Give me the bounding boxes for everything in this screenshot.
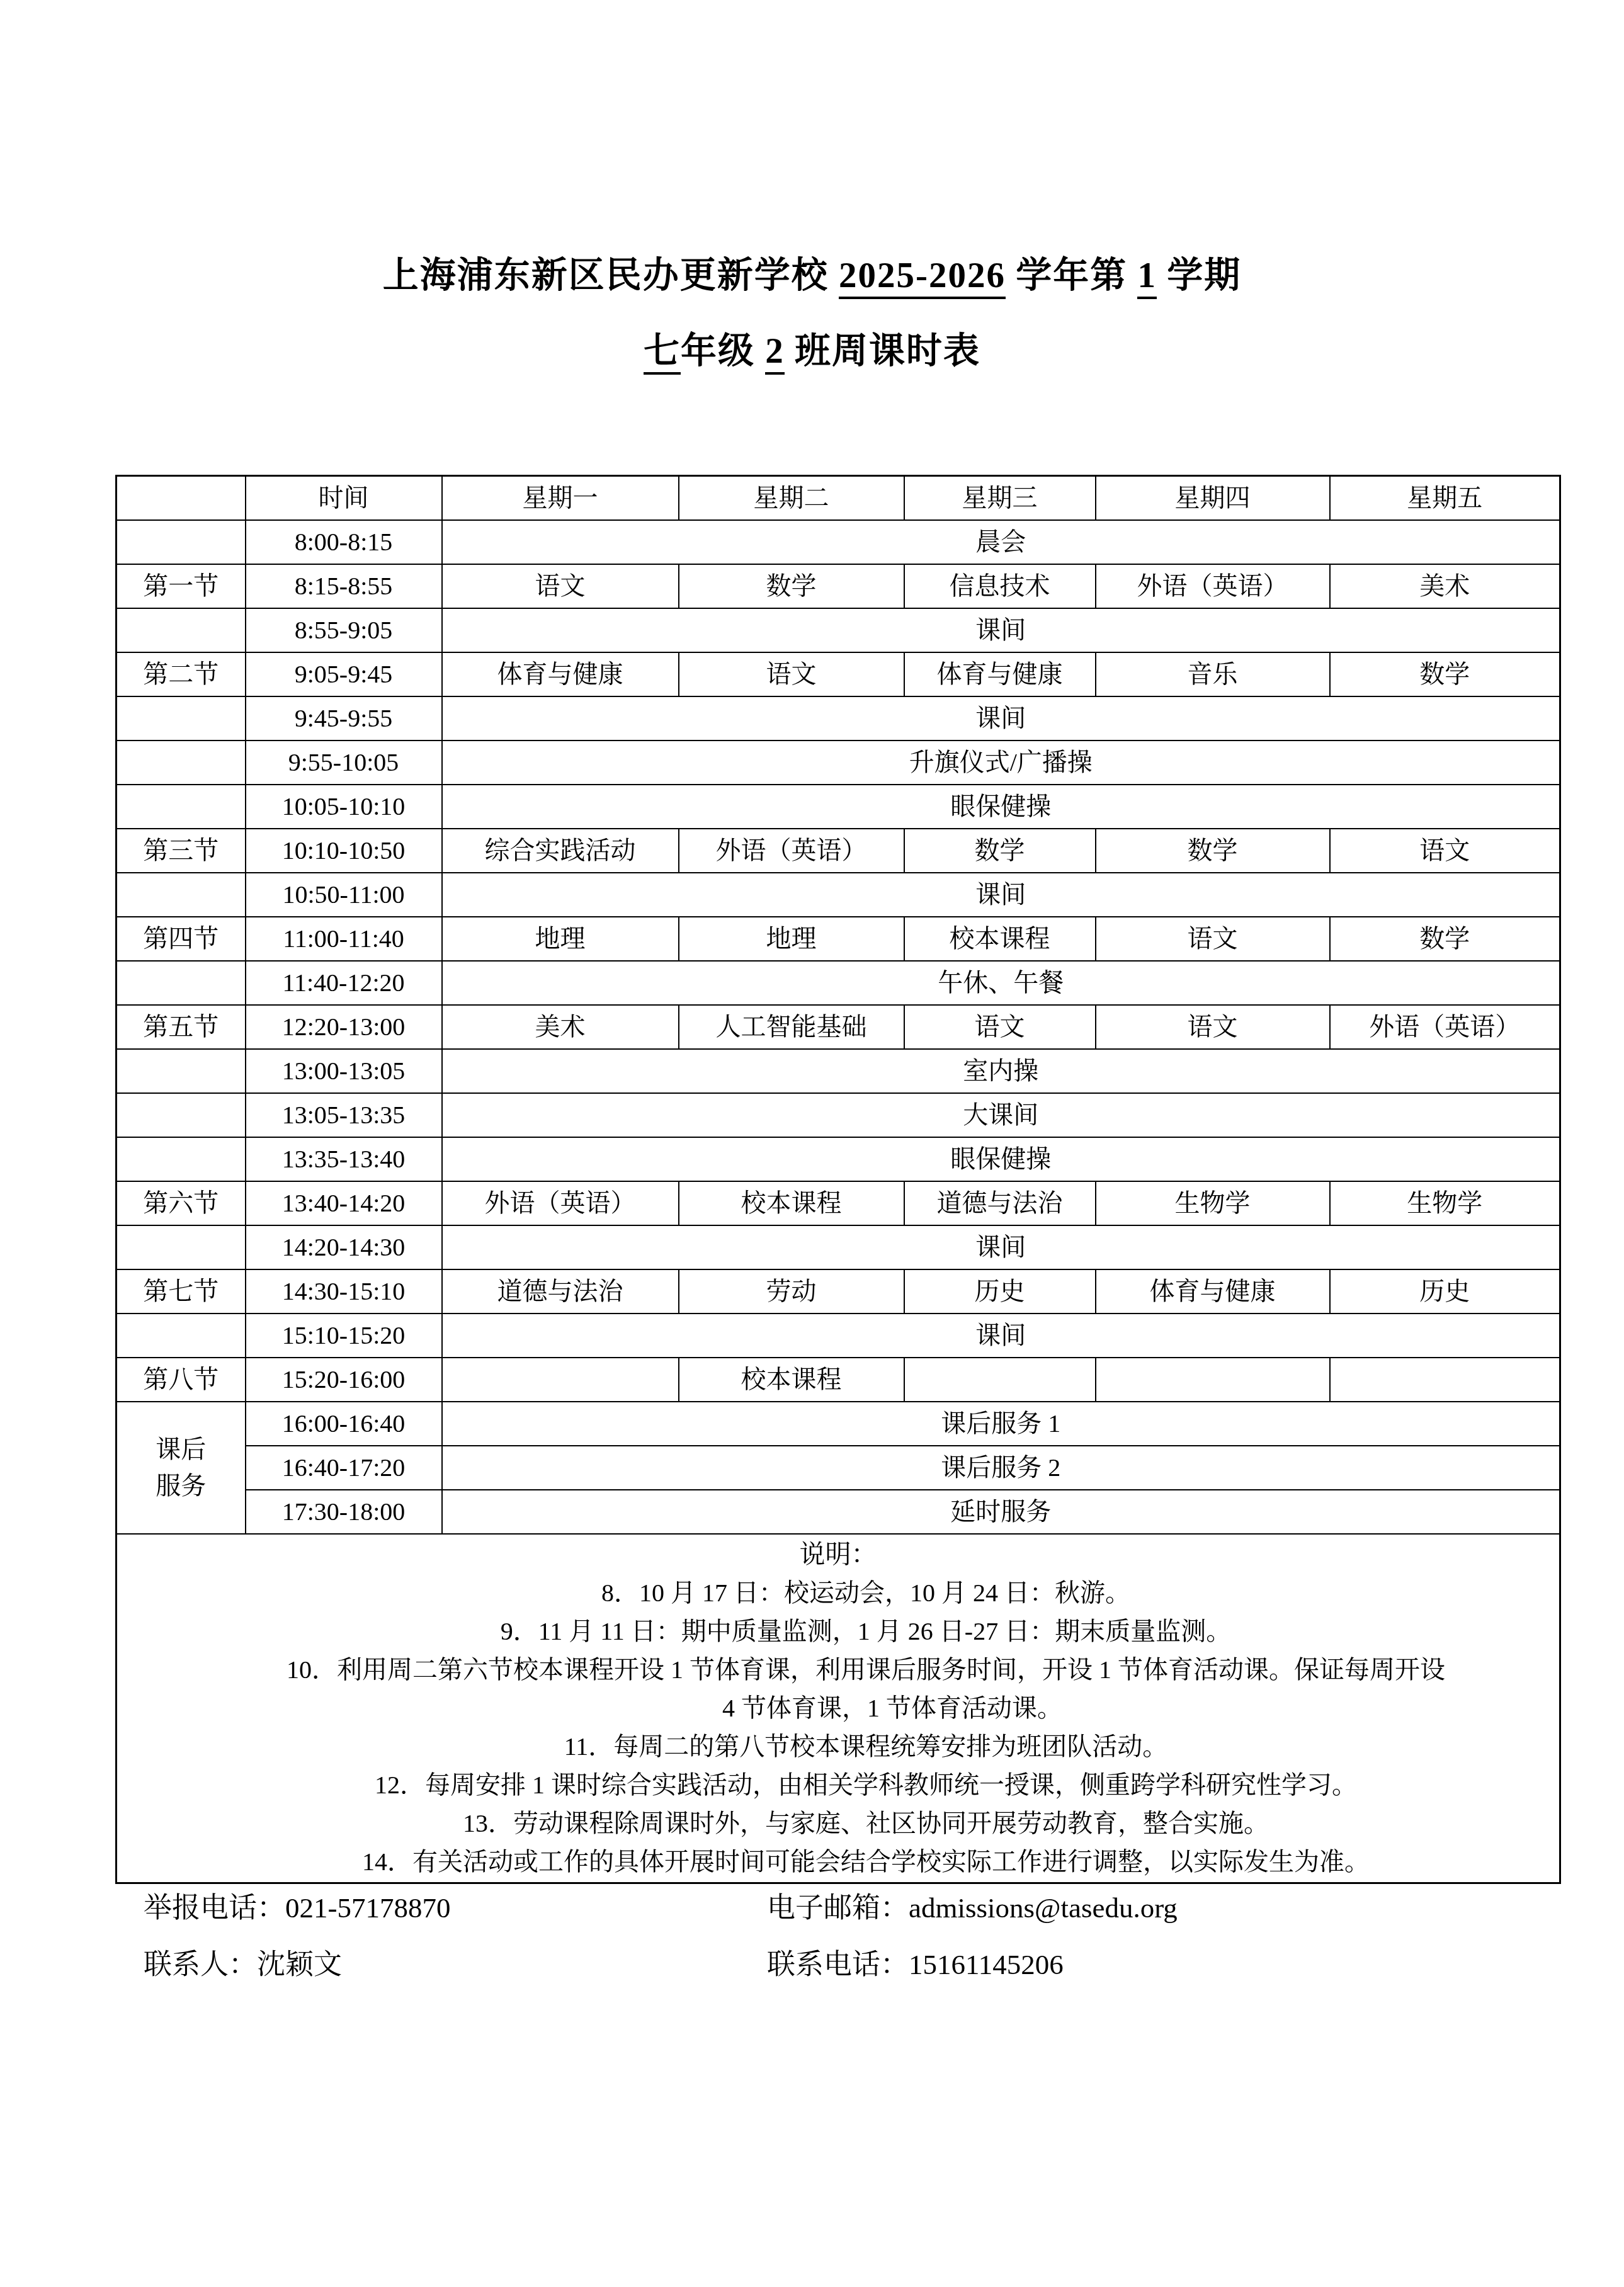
section-cell: 第三节 xyxy=(116,829,246,873)
notes-label: 说明： xyxy=(117,1535,1559,1574)
note-item: 9．11 月 11 日：期中质量监测，1 月 26 日-27 日：期末质量监测。 xyxy=(173,1612,1559,1650)
note-item: 10．利用周二第六节校本课程开设 1 节体育课，利用课后服务时间，开设 1 节体… xyxy=(173,1650,1559,1689)
timetable-row: 17:30-18:00延时服务 xyxy=(116,1490,1560,1534)
subject-cell xyxy=(442,1358,679,1402)
day-header-cell: 星期五 xyxy=(1330,476,1560,520)
subject-cell: 美术 xyxy=(442,1005,679,1049)
activity-cell: 课间 xyxy=(442,608,1560,652)
time-cell: 10:05-10:10 xyxy=(246,785,442,829)
timetable-row: 13:05-13:35大课间 xyxy=(116,1093,1560,1137)
title-part: 学年第 xyxy=(1006,256,1138,295)
timetable-row: 14:20-14:30课间 xyxy=(116,1225,1560,1269)
subject-cell: 道德与法治 xyxy=(442,1269,679,1314)
subject-cell: 语文 xyxy=(679,652,904,696)
time-cell: 13:00-13:05 xyxy=(246,1049,442,1093)
subject-cell: 历史 xyxy=(1330,1269,1560,1314)
note-item: 4 节体育课，1 节体育活动课。 xyxy=(225,1689,1559,1727)
time-cell: 16:40-17:20 xyxy=(246,1446,442,1490)
activity-cell: 课间 xyxy=(442,1314,1560,1358)
subject-cell: 语文 xyxy=(1096,917,1330,961)
subtitle-part: 班周课时表 xyxy=(785,331,980,371)
notes-row: 说明：8．10 月 17 日：校运动会，10 月 24 日：秋游。9．11 月 … xyxy=(116,1534,1560,1883)
timetable-row: 第六节13:40-14:20外语（英语）校本课程道德与法治生物学生物学 xyxy=(116,1181,1560,1225)
section-cell: 第二节 xyxy=(116,652,246,696)
section-cell xyxy=(116,1225,246,1269)
section-cell xyxy=(116,608,246,652)
timetable-row: 课后服务16:00-16:40课后服务 1 xyxy=(116,1402,1560,1446)
section-cell xyxy=(116,873,246,917)
activity-cell: 晨会 xyxy=(442,520,1560,564)
timetable-row: 8:55-9:05课间 xyxy=(116,608,1560,652)
timetable-row: 第五节12:20-13:00美术人工智能基础语文语文外语（英语） xyxy=(116,1005,1560,1049)
section-cell: 课后服务 xyxy=(116,1402,246,1534)
document-page: 上海浦东新区民办更新学校 2025-2026 学年第 1 学期 七年级 2 班周… xyxy=(0,0,1624,2287)
timetable-row: 10:05-10:10眼保健操 xyxy=(116,785,1560,829)
subject-cell: 数学 xyxy=(679,564,904,608)
activity-cell: 室内操 xyxy=(442,1049,1560,1093)
section-cell: 第六节 xyxy=(116,1181,246,1225)
section-label: 课后服务 xyxy=(149,1431,212,1504)
notes-cell: 说明：8．10 月 17 日：校运动会，10 月 24 日：秋游。9．11 月 … xyxy=(116,1534,1560,1883)
subject-cell: 人工智能基础 xyxy=(679,1005,904,1049)
subject-cell: 数学 xyxy=(904,829,1096,873)
subtitle-part: 年级 xyxy=(681,331,765,371)
subject-cell xyxy=(1096,1358,1330,1402)
time-cell: 11:40-12:20 xyxy=(246,961,442,1005)
subject-cell: 外语（英语） xyxy=(679,829,904,873)
time-cell: 8:00-8:15 xyxy=(246,520,442,564)
timetable-row: 13:35-13:40眼保健操 xyxy=(116,1137,1560,1181)
contact-person: 联系人：沈颖文 xyxy=(144,1947,342,1982)
subject-cell: 历史 xyxy=(904,1269,1096,1314)
time-cell: 9:05-9:45 xyxy=(246,652,442,696)
day-header-cell: 星期三 xyxy=(904,476,1096,520)
subject-cell: 语文 xyxy=(1096,1005,1330,1049)
note-item: 8．10 月 17 日：校运动会，10 月 24 日：秋游。 xyxy=(173,1574,1559,1612)
section-cell xyxy=(116,1049,246,1093)
title-underlined-part: 1 xyxy=(1137,256,1157,299)
timetable-row: 10:50-11:00课间 xyxy=(116,873,1560,917)
timetable-row: 8:00-8:15晨会 xyxy=(116,520,1560,564)
time-cell: 17:30-18:00 xyxy=(246,1490,442,1534)
time-cell: 15:20-16:00 xyxy=(246,1358,442,1402)
activity-cell: 课后服务 2 xyxy=(442,1446,1560,1490)
day-header-cell: 星期二 xyxy=(679,476,904,520)
timetable-row: 第七节14:30-15:10道德与法治劳动历史体育与健康历史 xyxy=(116,1269,1560,1314)
subject-cell: 外语（英语） xyxy=(1096,564,1330,608)
activity-cell: 课后服务 1 xyxy=(442,1402,1560,1446)
timetable-row: 9:45-9:55课间 xyxy=(116,696,1560,741)
time-cell: 11:00-11:40 xyxy=(246,917,442,961)
time-cell: 16:00-16:40 xyxy=(246,1402,442,1446)
subject-cell: 体育与健康 xyxy=(1096,1269,1330,1314)
subject-cell xyxy=(1330,1358,1560,1402)
activity-cell: 午休、午餐 xyxy=(442,961,1560,1005)
subject-cell: 综合实践活动 xyxy=(442,829,679,873)
section-cell: 第八节 xyxy=(116,1358,246,1402)
document-title: 上海浦东新区民办更新学校 2025-2026 学年第 1 学期 xyxy=(0,253,1624,298)
note-item: 13．劳动课程除周课时外，与家庭、社区协同开展劳动教育，整合实施。 xyxy=(173,1804,1559,1842)
time-cell: 13:40-14:20 xyxy=(246,1181,442,1225)
activity-cell: 眼保健操 xyxy=(442,785,1560,829)
section-cell: 第四节 xyxy=(116,917,246,961)
time-cell: 13:35-13:40 xyxy=(246,1137,442,1181)
section-cell xyxy=(116,1137,246,1181)
day-header-cell: 星期四 xyxy=(1096,476,1330,520)
activity-cell: 延时服务 xyxy=(442,1490,1560,1534)
subject-cell: 数学 xyxy=(1096,829,1330,873)
timetable-row: 15:10-15:20课间 xyxy=(116,1314,1560,1358)
time-cell: 9:45-9:55 xyxy=(246,696,442,741)
timetable-row: 第一节8:15-8:55语文数学信息技术外语（英语）美术 xyxy=(116,564,1560,608)
title-part: 学期 xyxy=(1157,256,1241,295)
section-cell: 第一节 xyxy=(116,564,246,608)
subject-cell: 道德与法治 xyxy=(904,1181,1096,1225)
subject-cell: 校本课程 xyxy=(679,1358,904,1402)
subject-cell: 地理 xyxy=(679,917,904,961)
subject-cell xyxy=(904,1358,1096,1402)
activity-cell: 眼保健操 xyxy=(442,1137,1560,1181)
activity-cell: 课间 xyxy=(442,873,1560,917)
note-item: 11．每周二的第八节校本课程统筹安排为班团队活动。 xyxy=(173,1727,1559,1766)
section-cell: 第七节 xyxy=(116,1269,246,1314)
report-phone: 举报电话：021-57178870 xyxy=(144,1890,451,1926)
subject-cell: 数学 xyxy=(1330,652,1560,696)
section-cell: 第五节 xyxy=(116,1005,246,1049)
document-subtitle: 七年级 2 班周课时表 xyxy=(0,329,1624,374)
note-item: 14．有关活动或工作的具体开展时间可能会结合学校实际工作进行调整，以实际发生为准… xyxy=(173,1842,1559,1881)
time-cell: 9:55-10:05 xyxy=(246,741,442,785)
timetable-row: 11:40-12:20午休、午餐 xyxy=(116,961,1560,1005)
subject-cell: 数学 xyxy=(1330,917,1560,961)
subtitle-underlined-part: 2 xyxy=(765,331,785,375)
time-cell: 8:15-8:55 xyxy=(246,564,442,608)
subject-cell: 音乐 xyxy=(1096,652,1330,696)
time-cell: 8:55-9:05 xyxy=(246,608,442,652)
subject-cell: 外语（英语） xyxy=(1330,1005,1560,1049)
note-item: 12．每周安排 1 课时综合实践活动，由相关学科教师统一授课，侧重跨学科研究性学… xyxy=(173,1766,1559,1804)
email-address: 电子邮箱：admissions@tasedu.org xyxy=(767,1890,1178,1926)
time-cell: 14:30-15:10 xyxy=(246,1269,442,1314)
timetable-row: 第二节9:05-9:45体育与健康语文体育与健康音乐数学 xyxy=(116,652,1560,696)
subject-cell: 劳动 xyxy=(679,1269,904,1314)
timetable-header-row: 时间星期一星期二星期三星期四星期五 xyxy=(116,476,1560,520)
time-cell: 10:50-11:00 xyxy=(246,873,442,917)
timetable-row: 13:00-13:05室内操 xyxy=(116,1049,1560,1093)
day-header-cell: 星期一 xyxy=(442,476,679,520)
time-header-cell: 时间 xyxy=(246,476,442,520)
subject-cell: 校本课程 xyxy=(904,917,1096,961)
section-cell xyxy=(116,741,246,785)
subject-cell: 生物学 xyxy=(1096,1181,1330,1225)
subject-cell: 校本课程 xyxy=(679,1181,904,1225)
section-cell xyxy=(116,1093,246,1137)
section-cell xyxy=(116,696,246,741)
corner-cell xyxy=(116,476,246,520)
section-cell xyxy=(116,961,246,1005)
subtitle-underlined-part: 七 xyxy=(644,331,681,375)
subject-cell: 美术 xyxy=(1330,564,1560,608)
activity-cell: 课间 xyxy=(442,1225,1560,1269)
timetable-row: 第三节10:10-10:50综合实践活动外语（英语）数学数学语文 xyxy=(116,829,1560,873)
timetable-row: 第八节15:20-16:00校本课程 xyxy=(116,1358,1560,1402)
weekly-timetable: 时间星期一星期二星期三星期四星期五 8:00-8:15晨会第一节8:15-8:5… xyxy=(115,475,1561,1884)
section-cell xyxy=(116,520,246,564)
subject-cell: 地理 xyxy=(442,917,679,961)
subject-cell: 体育与健康 xyxy=(442,652,679,696)
time-cell: 15:10-15:20 xyxy=(246,1314,442,1358)
subject-cell: 外语（英语） xyxy=(442,1181,679,1225)
activity-cell: 课间 xyxy=(442,696,1560,741)
section-cell xyxy=(116,785,246,829)
time-cell: 13:05-13:35 xyxy=(246,1093,442,1137)
time-cell: 12:20-13:00 xyxy=(246,1005,442,1049)
subject-cell: 语文 xyxy=(442,564,679,608)
time-cell: 14:20-14:30 xyxy=(246,1225,442,1269)
subject-cell: 语文 xyxy=(1330,829,1560,873)
title-underlined-part: 2025-2026 xyxy=(839,256,1006,299)
section-cell xyxy=(116,1314,246,1358)
title-part: 上海浦东新区民办更新学校 xyxy=(383,256,839,295)
time-cell: 10:10-10:50 xyxy=(246,829,442,873)
subject-cell: 体育与健康 xyxy=(904,652,1096,696)
timetable-row: 9:55-10:05升旗仪式/广播操 xyxy=(116,741,1560,785)
activity-cell: 升旗仪式/广播操 xyxy=(442,741,1560,785)
activity-cell: 大课间 xyxy=(442,1093,1560,1137)
subject-cell: 语文 xyxy=(904,1005,1096,1049)
timetable-row: 第四节11:00-11:40地理地理校本课程语文数学 xyxy=(116,917,1560,961)
subject-cell: 信息技术 xyxy=(904,564,1096,608)
contact-phone: 联系电话：15161145206 xyxy=(767,1947,1064,1982)
subject-cell: 生物学 xyxy=(1330,1181,1560,1225)
timetable-row: 16:40-17:20课后服务 2 xyxy=(116,1446,1560,1490)
